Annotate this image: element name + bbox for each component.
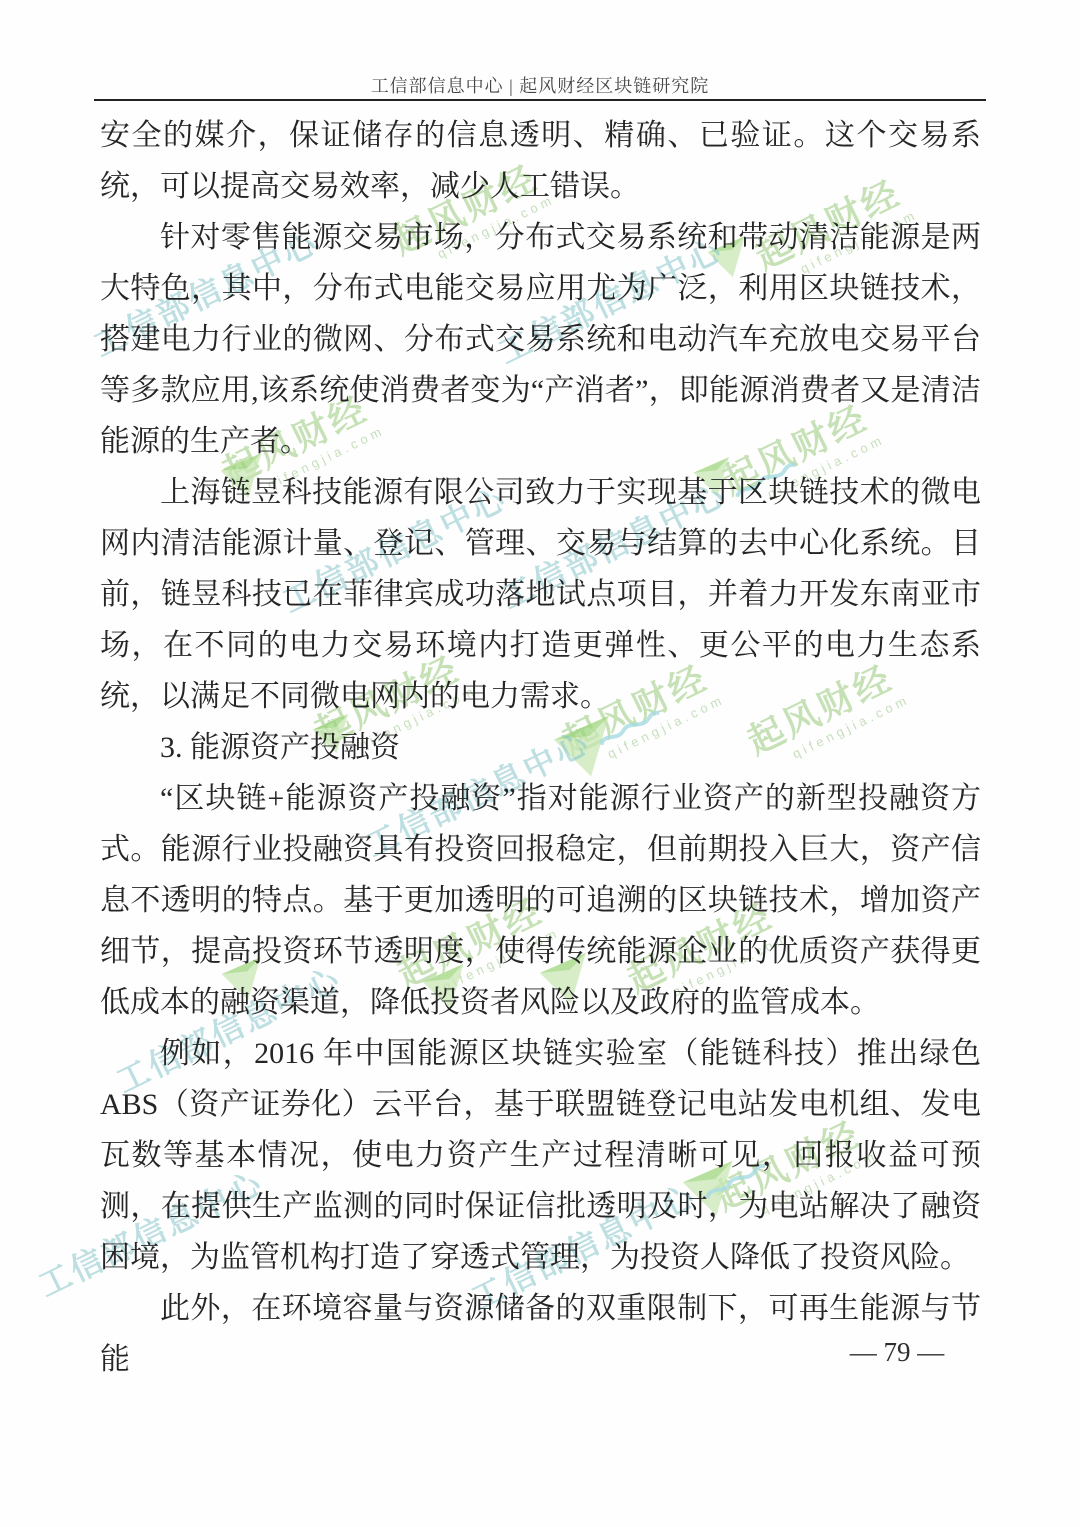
paragraph: 针对零售能源交易市场，分布式交易系统和带动清洁能源是两大特色，其中，分布式电能交… — [100, 212, 981, 467]
paragraph: 例如，2016 年中国能源区块链实验室（能链科技）推出绿色 ABS（资产证券化）… — [100, 1028, 981, 1283]
paragraph: 安全的媒介，保证储存的信息透明、精确、已验证。这个交易系统，可以提高交易效率，减… — [100, 110, 981, 212]
paragraph: “区块链+能源资产投融资”指对能源行业资产的新型投融资方式。能源行业投融资具有投… — [100, 773, 981, 1028]
page-number: — 79 — — [850, 1337, 945, 1368]
header-title: 工信部信息中心 | 起风财经区块链研究院 — [0, 72, 1080, 98]
document-body: 安全的媒介，保证储存的信息透明、精确、已验证。这个交易系统，可以提高交易效率，减… — [100, 110, 981, 1385]
paragraph: 此外，在环境容量与资源储备的双重限制下，可再生能源与节能 — [100, 1283, 981, 1385]
paragraph: 上海链昱科技能源有限公司致力于实现基于区块链技术的微电网内清洁能源计量、登记、管… — [100, 467, 981, 722]
section-heading: 3. 能源资产投融资 — [100, 722, 981, 773]
document-page: 起风财经 qifengjia.com 起风财经 qifengjia.com 工信… — [0, 0, 1080, 1527]
header-rule — [94, 99, 986, 101]
